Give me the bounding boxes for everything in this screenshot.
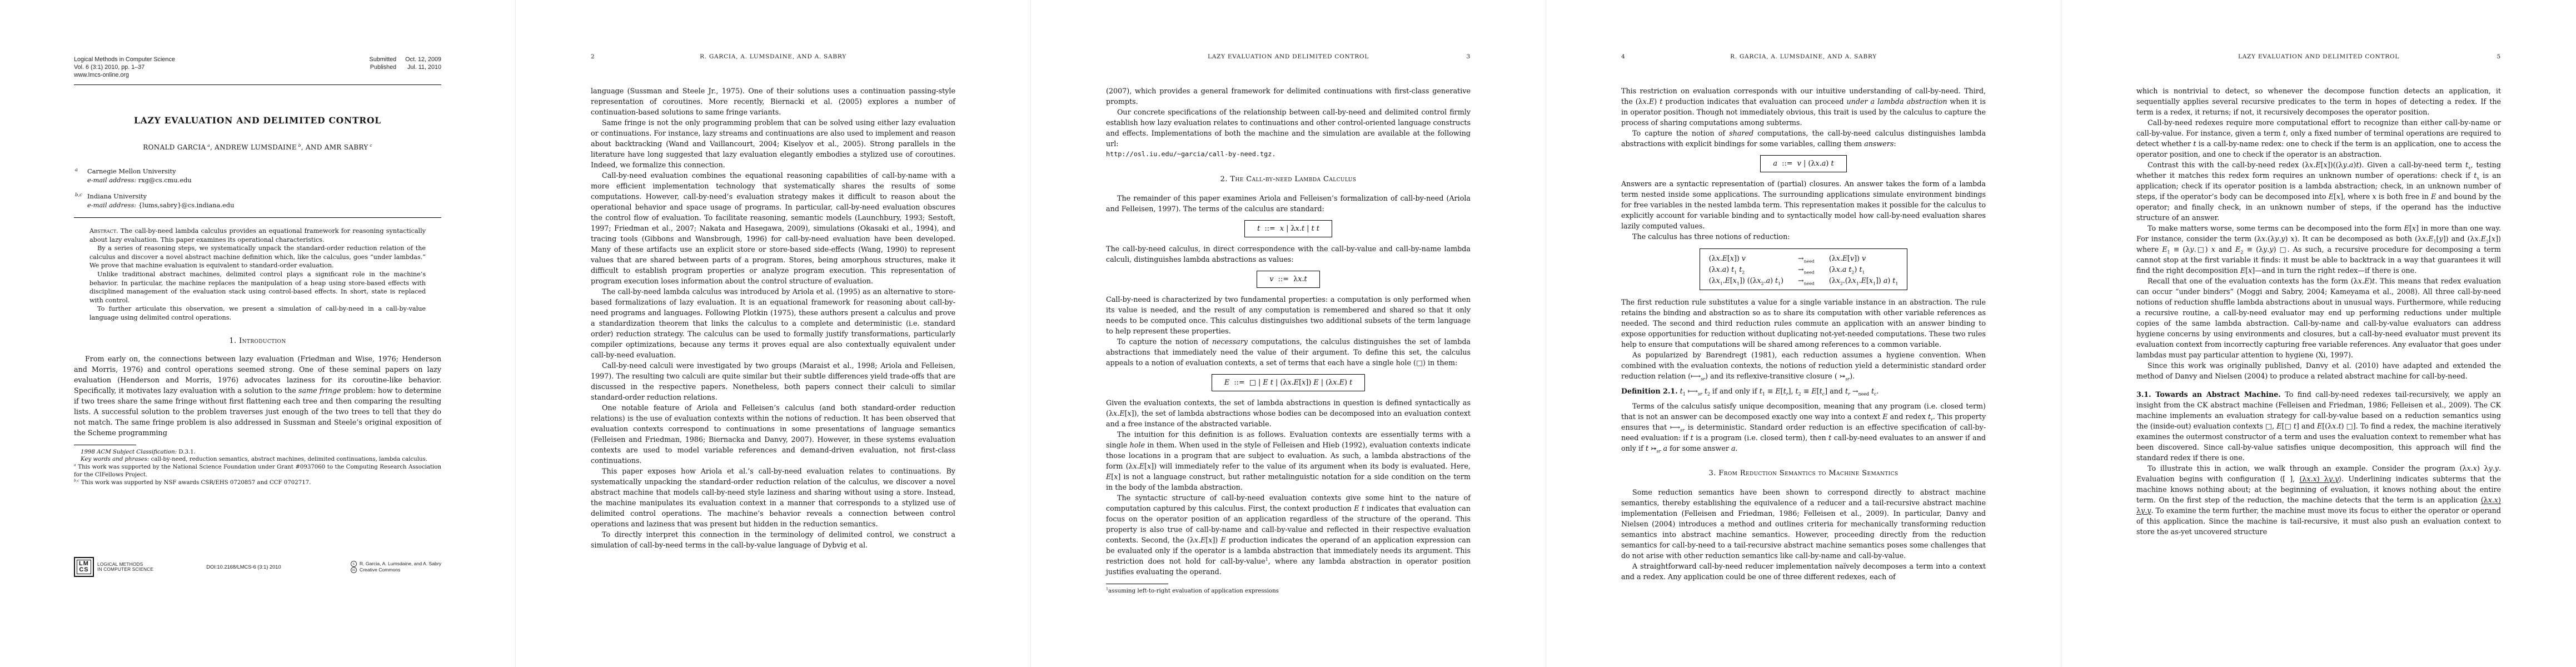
paragraph: The call-by-need calculus, in direct cor… bbox=[1106, 243, 1471, 265]
section-heading-3: 3. From Reduction Semantics to Machine S… bbox=[1621, 468, 1986, 479]
rule-lhs: (λx1.E[x1]) ((λx2.a) t1) bbox=[1709, 275, 1783, 286]
paragraph: This paper exposes how Ariola et al.’s c… bbox=[591, 466, 955, 529]
footnote-block: 1998 ACM Subject Classification: D.3.1. … bbox=[74, 445, 441, 487]
artifact-url: http://osl.iu.edu/~garcia/call-by-need.t… bbox=[1106, 149, 1471, 160]
paragraph: Call-by-need is characterized by two fun… bbox=[1106, 294, 1471, 336]
paragraph: The first reduction rule substitutes a v… bbox=[1621, 297, 1986, 350]
definition-body: t1 ⟼sr t2 if and only if t1 ≡ E[tr], t2 … bbox=[1680, 387, 1879, 395]
paragraph: To directly interpret this connection in… bbox=[591, 529, 955, 550]
paragraph: Same fringe is not the only programming … bbox=[591, 117, 955, 170]
paragraph: Terms of the calculus satisfy unique dec… bbox=[1621, 401, 1986, 454]
footnote-block: 1assuming left-to-right evaluation of ap… bbox=[1106, 584, 1471, 595]
footnote: 1assuming left-to-right evaluation of ap… bbox=[1106, 588, 1471, 595]
page-number: 5 bbox=[2488, 53, 2501, 60]
running-head: LAZY EVALUATION AND DELIMITED CONTROL 3 bbox=[1106, 53, 1471, 60]
paragraph: A straightforward call-by-need reducer i… bbox=[1621, 561, 1986, 582]
grammar-box-terms: t ::= x | λx.t | t t bbox=[1244, 220, 1332, 237]
copyright-text: R. Garcia, A. Lumsdaine, and A. Sabry bbox=[360, 561, 441, 567]
creative-commons-text: Creative Commons bbox=[360, 567, 441, 573]
doi-text: DOI:10.2168/LMCS-6 (3:1) 2010 bbox=[153, 564, 351, 570]
journal-header: Logical Methods in Computer Science Vol.… bbox=[74, 56, 441, 79]
paragraph: The calculus has three notions of reduct… bbox=[1621, 231, 1986, 242]
email-label: e-mail address: bbox=[87, 176, 136, 184]
first-page-footer: LM CS LOGICAL METHODS IN COMPUTER SCIENC… bbox=[74, 557, 441, 577]
introduction-body: From early on, the connections between l… bbox=[74, 354, 441, 438]
email-address: rxg@cs.cmu.edu bbox=[138, 176, 192, 184]
paragraph: Answers are a syntactic representation o… bbox=[1621, 178, 1986, 231]
copyright-block: c R. Garcia, A. Lumsdaine, and A. Sabry … bbox=[351, 561, 441, 573]
email-label: e-mail address: bbox=[87, 201, 136, 209]
section-heading-2: 2. The Call-by-need Lambda Calculus bbox=[1106, 174, 1471, 185]
running-head: LAZY EVALUATION AND DELIMITED CONTROL 5 bbox=[2136, 53, 2501, 60]
running-head: 2 R. GARCIA, A. LUMSDAINE, AND A. SABRY bbox=[591, 53, 955, 60]
page-body: (2007), which provides a general framewo… bbox=[1106, 86, 1471, 577]
published-date: Jul. 11, 2010 bbox=[405, 63, 441, 71]
header-rule bbox=[74, 84, 441, 85]
paragraph: The call-by-need lambda calculus was int… bbox=[591, 286, 955, 360]
section-heading-1: 1. Introduction bbox=[74, 337, 441, 345]
footnote-rule bbox=[1106, 584, 1168, 584]
paragraph: As popularized by Barendregt (1981), eac… bbox=[1621, 350, 1986, 381]
running-head-title: LAZY EVALUATION AND DELIMITED CONTROL bbox=[1119, 53, 1457, 60]
paragraph: Since this work was originally published… bbox=[2136, 360, 2501, 381]
page-body: This restriction on evaluation correspon… bbox=[1621, 86, 1986, 582]
paragraph: (2007), which provides a general framewo… bbox=[1106, 86, 1471, 107]
page-1: Logical Methods in Computer Science Vol.… bbox=[0, 0, 515, 667]
submitted-date: Oct. 12, 2009 bbox=[405, 56, 441, 63]
logo-text-bottom: CS bbox=[79, 567, 88, 573]
affiliation-a: a Carnegie Mellon University e-mail addr… bbox=[87, 167, 441, 185]
abstract-paragraph: To further articulate this observation, … bbox=[89, 305, 426, 322]
abstract-paragraph: Unlike traditional abstract machines, de… bbox=[89, 270, 426, 305]
page-2: 2 R. GARCIA, A. LUMSDAINE, AND A. SABRY … bbox=[515, 0, 1030, 667]
paragraph: This restriction on evaluation correspon… bbox=[1621, 86, 1986, 128]
grammar-box-contexts: E ::= □ | E t | (λx.E[x]) E | (λx.E) t bbox=[1212, 374, 1365, 391]
paragraph: The syntactic structure of call-by-need … bbox=[1106, 492, 1471, 577]
abstract-text: The call-by-need lambda calculus provide… bbox=[89, 227, 426, 243]
paragraph: To capture the notion of necessary compu… bbox=[1106, 336, 1471, 368]
affiliation-email-line: e-mail address: {lums,sabry}@cs.indiana.… bbox=[87, 201, 441, 210]
lmcs-logo-icon: LM CS bbox=[74, 557, 94, 577]
journal-footer-name: LOGICAL METHODS IN COMPUTER SCIENCE bbox=[97, 562, 153, 573]
grammar-box-answers: a ::= v | (λx.a) t bbox=[1760, 155, 1846, 172]
paragraph: Some reduction semantics have been shown… bbox=[1621, 487, 1986, 561]
footnote: Key words and phrases: call-by-need, red… bbox=[74, 456, 441, 464]
rule-rhs: (λx.E[v]) v bbox=[1829, 253, 1899, 263]
paragraph: Our concrete specifications of the relat… bbox=[1106, 107, 1471, 149]
paragraph: One notable feature of Ariola and Fellei… bbox=[591, 402, 955, 466]
paragraph: Call-by-need redexes require more comput… bbox=[2136, 117, 2501, 160]
running-head: 4 R. GARCIA, A. LUMSDAINE, AND A. SABRY bbox=[1621, 53, 1986, 60]
journal-info: Logical Methods in Computer Science Vol.… bbox=[74, 56, 175, 79]
affiliations: a Carnegie Mellon University e-mail addr… bbox=[74, 167, 441, 210]
paper-title: LAZY EVALUATION AND DELIMITED CONTROL bbox=[74, 115, 441, 126]
paragraph: Given the evaluation contexts, the set o… bbox=[1106, 397, 1471, 429]
email-address: {lums,sabry}@cs.indiana.edu bbox=[138, 201, 235, 209]
journal-url: www.lmcs-online.org bbox=[74, 71, 175, 79]
rule-arrow: →need bbox=[1798, 264, 1815, 275]
subsection-gap bbox=[2136, 381, 2501, 389]
five-page-paper-spread: Logical Methods in Computer Science Vol.… bbox=[0, 0, 2576, 667]
paragraph: Call-by-need evaluation combines the equ… bbox=[591, 170, 955, 286]
rule-lhs: (λx.E[x]) v bbox=[1709, 253, 1783, 263]
paragraph: From early on, the connections between l… bbox=[74, 354, 441, 438]
reduction-rules-box: (λx.E[x]) v →need (λx.E[v]) v (λx.a) t1 … bbox=[1700, 248, 1908, 290]
rule-rhs: (λx2.(λx1.E[x1]) a) t1 bbox=[1829, 275, 1899, 286]
creative-commons-icon: cc bbox=[351, 567, 357, 573]
submission-dates: Submitted Oct. 12, 2009 Published Jul. 1… bbox=[370, 56, 441, 71]
footnote: 1998 ACM Subject Classification: D.3.1. bbox=[74, 449, 441, 456]
abstract-paragraph: Abstract. The call-by-need lambda calcul… bbox=[89, 227, 426, 244]
published-label: Published bbox=[370, 63, 397, 71]
page-body: language (Sussman and Steele Jr., 1975).… bbox=[591, 86, 955, 550]
footnote-rule bbox=[74, 445, 136, 445]
paragraph: Recall that one of the evaluation contex… bbox=[2136, 276, 2501, 360]
affiliation-marker: a bbox=[75, 166, 78, 175]
affiliation-name: Carnegie Mellon University bbox=[87, 167, 441, 176]
copyright-icon: c bbox=[351, 561, 357, 567]
journal-footer-name-line: IN COMPUTER SCIENCE bbox=[97, 567, 153, 573]
page-3: LAZY EVALUATION AND DELIMITED CONTROL 3 … bbox=[1030, 0, 1546, 667]
page-body: which is nontrivial to detect, so whenev… bbox=[2136, 86, 2501, 537]
paragraph: To make matters worse, some terms can be… bbox=[2136, 223, 2501, 276]
affiliation-name: Indiana University bbox=[87, 192, 441, 201]
affiliation-marker: b,c bbox=[75, 191, 82, 200]
paragraph: Contrast this with the call-by-need rede… bbox=[2136, 160, 2501, 223]
running-head-title: LAZY EVALUATION AND DELIMITED CONTROL bbox=[2150, 53, 2488, 60]
abstract-paragraph: By a series of reasoning steps, we syste… bbox=[89, 244, 426, 270]
definition-2-1: Definition 2.1. t1 ⟼sr t2 if and only if… bbox=[1621, 386, 1986, 396]
paragraph: which is nontrivial to detect, so whenev… bbox=[2136, 86, 2501, 117]
paragraph: To illustrate this in action, we walk th… bbox=[2136, 463, 2501, 537]
paragraph: The remainder of this paper examines Ari… bbox=[1106, 193, 1471, 214]
page-number: 2 bbox=[591, 53, 604, 60]
paragraph: The intuition for this definition is as … bbox=[1106, 429, 1471, 492]
rule-rhs: (λx.a t2) t1 bbox=[1829, 264, 1899, 275]
grammar-box-values: v ::= λx.t bbox=[1257, 271, 1319, 288]
paragraph: language (Sussman and Steele Jr., 1975).… bbox=[591, 86, 955, 117]
running-head-authors: R. GARCIA, A. LUMSDAINE, AND A. SABRY bbox=[604, 53, 942, 60]
rule-arrow: →need bbox=[1798, 275, 1815, 286]
page-number: 3 bbox=[1457, 53, 1471, 60]
page-number: 4 bbox=[1621, 53, 1635, 60]
subsection-label: 3.1. Towards an Abstract Machine. bbox=[2136, 390, 2281, 399]
author-line: RONALD GARCIA a, ANDREW LUMSDAINE b, AND… bbox=[74, 143, 441, 151]
affiliation-bc: b,c Indiana University e-mail address: {… bbox=[87, 192, 441, 210]
subsection-body: To find call-by-need redexes tail-recurs… bbox=[2136, 390, 2501, 462]
paragraph: Call-by-need calculi were investigated b… bbox=[591, 360, 955, 402]
journal-name: Logical Methods in Computer Science bbox=[74, 56, 175, 63]
footnote: a This work was supported by the Nationa… bbox=[74, 464, 441, 479]
rule-arrow: →need bbox=[1798, 253, 1815, 263]
subsection-3-1: 3.1. Towards an Abstract Machine. To fin… bbox=[2136, 389, 2501, 463]
abstract-rule bbox=[74, 217, 441, 218]
rule-lhs: (λx.a) t1 t2 bbox=[1709, 264, 1783, 275]
submitted-label: Submitted bbox=[370, 56, 397, 63]
journal-volume: Vol. 6 (3:1) 2010, pp. 1–37 bbox=[74, 63, 175, 71]
affiliation-email-line: e-mail address: rxg@cs.cmu.edu bbox=[87, 176, 441, 185]
page-4: 4 R. GARCIA, A. LUMSDAINE, AND A. SABRY … bbox=[1546, 0, 2061, 667]
running-head-authors: R. GARCIA, A. LUMSDAINE, AND A. SABRY bbox=[1635, 53, 1972, 60]
abstract: Abstract. The call-by-need lambda calcul… bbox=[89, 227, 426, 322]
abstract-label: Abstract. bbox=[89, 227, 118, 235]
page-5: LAZY EVALUATION AND DELIMITED CONTROL 5 … bbox=[2061, 0, 2576, 667]
footnote: b,c This work was supported by NSF award… bbox=[74, 479, 441, 487]
definition-label: Definition 2.1. bbox=[1621, 387, 1678, 395]
paragraph: To capture the notion of shared computat… bbox=[1621, 128, 1986, 149]
